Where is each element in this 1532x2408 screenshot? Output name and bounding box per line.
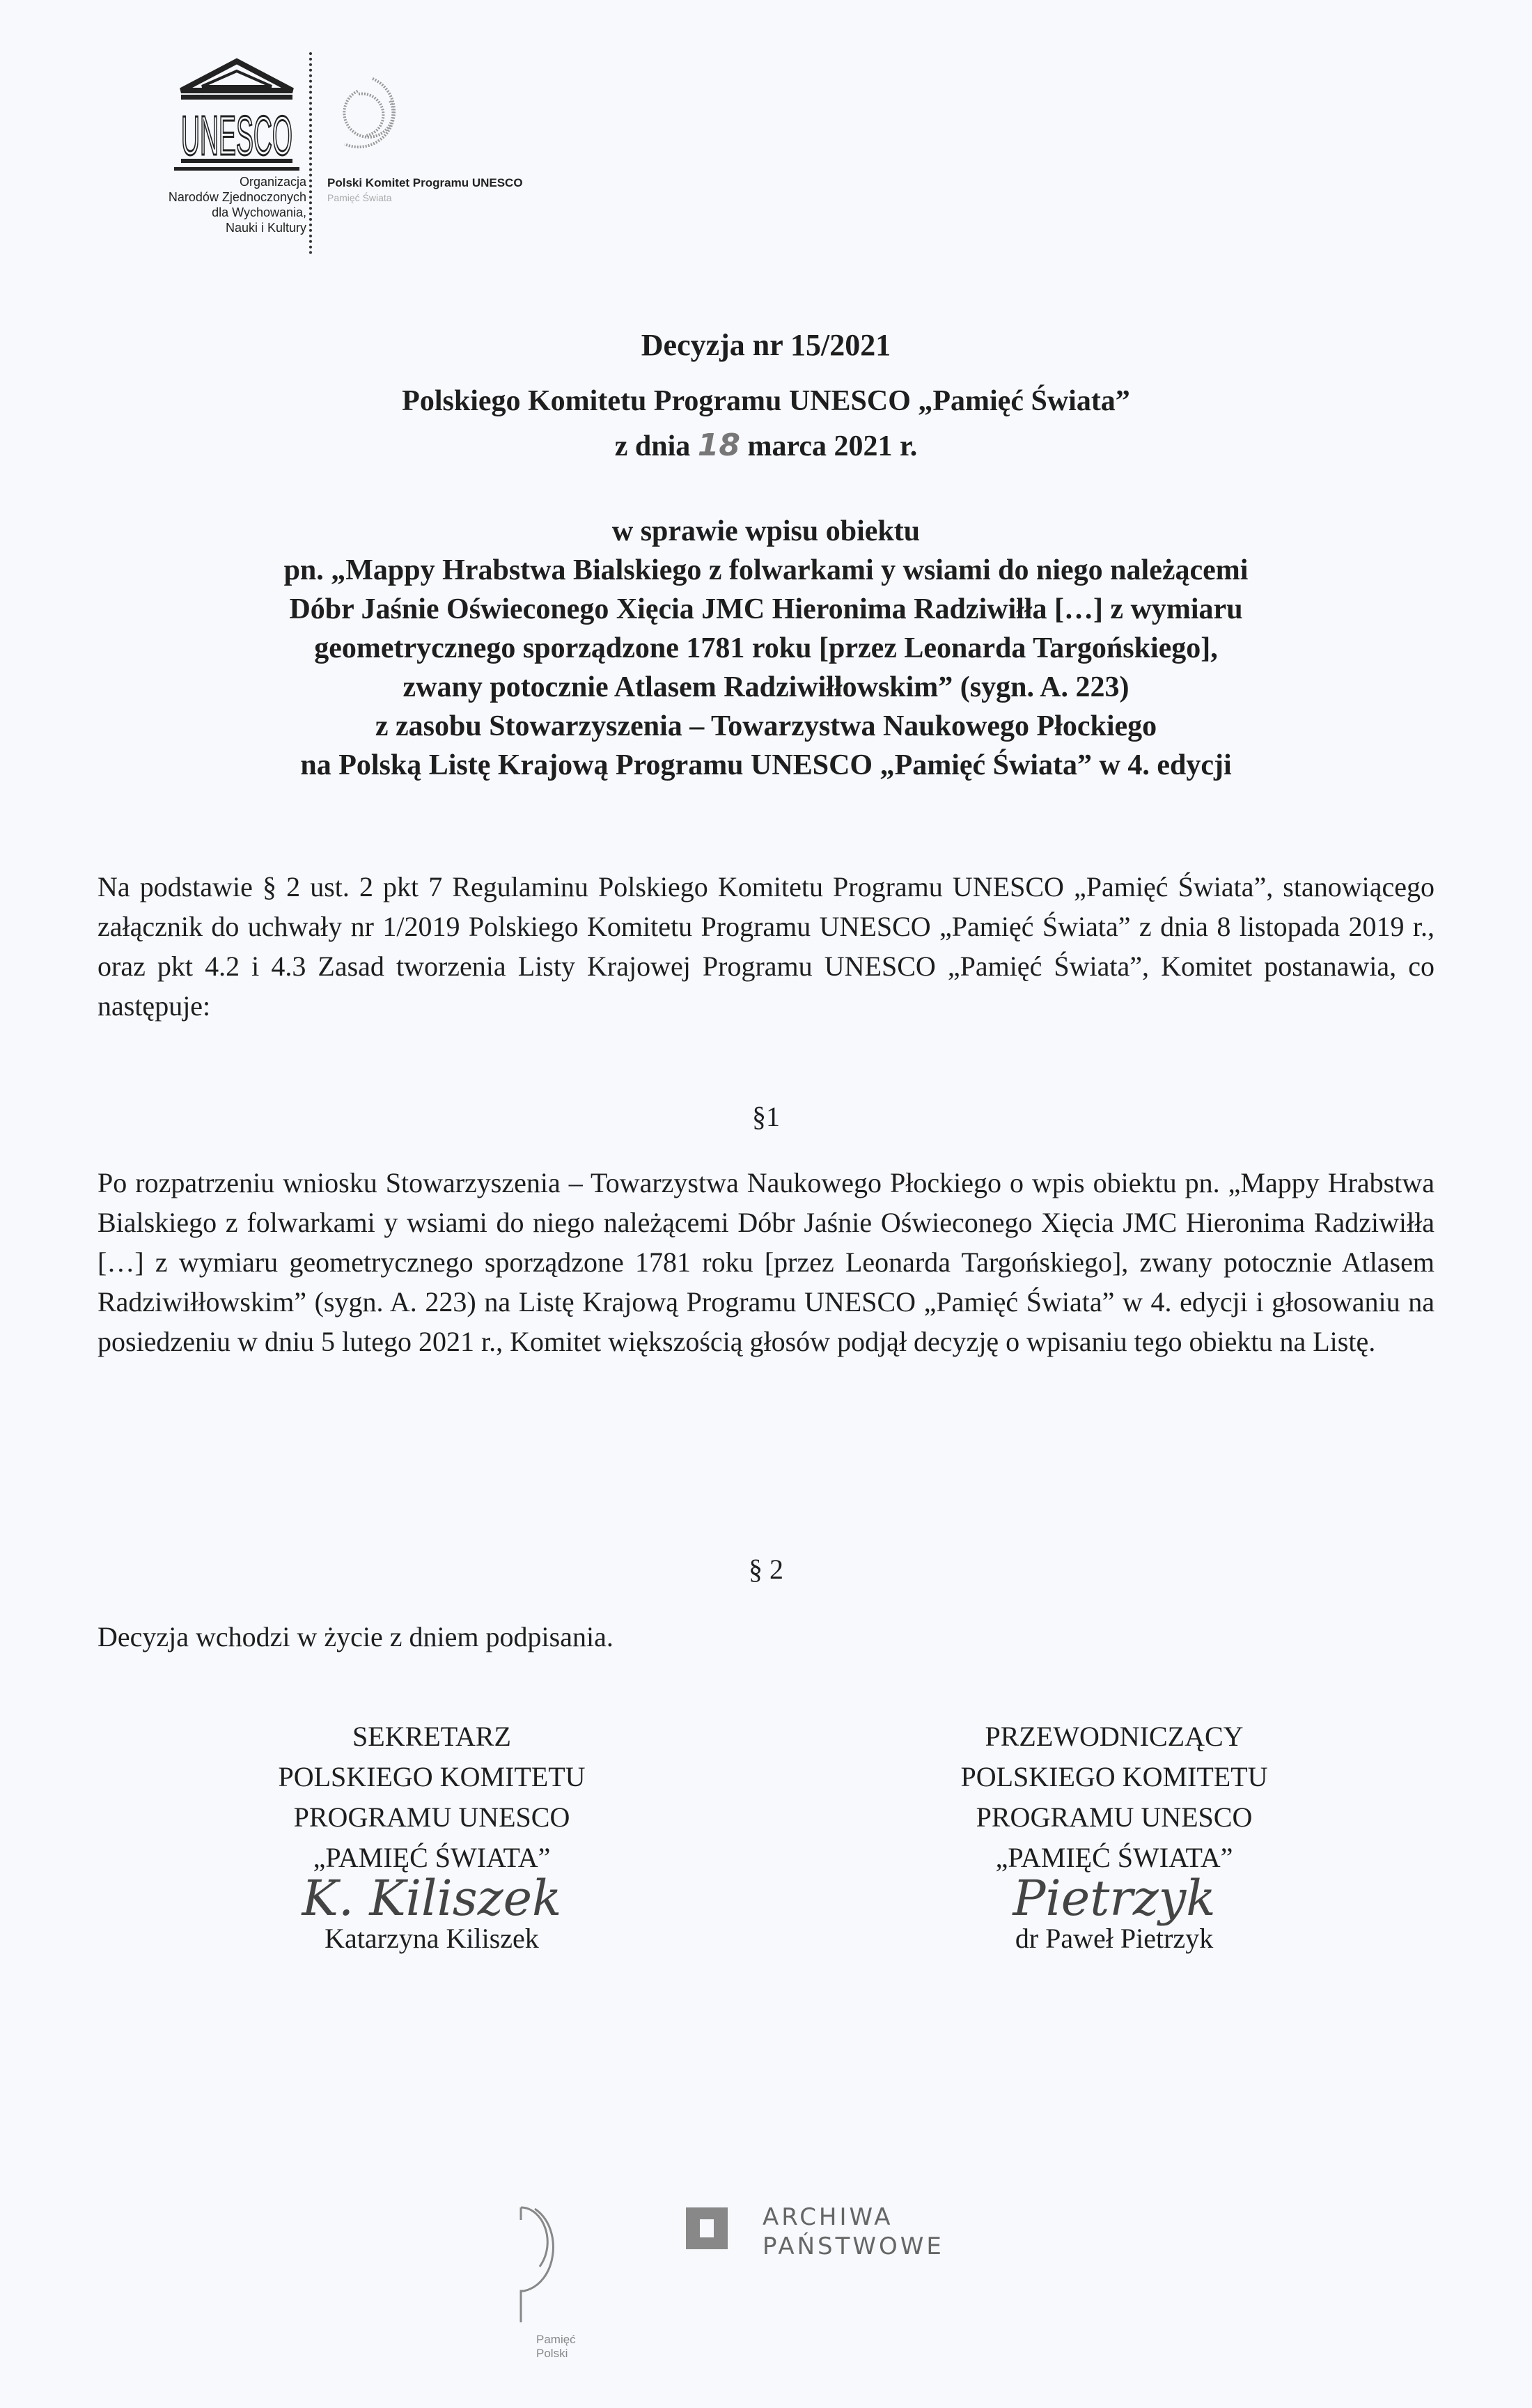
signature-secretary: K. Kiliszek (188, 1878, 675, 1918)
signature-block-secretary: SEKRETARZ POLSKIEGO KOMITETU PROGRAMU UN… (188, 1717, 675, 1959)
unesco-caption: Organizacja Narodów Zjednoczonych dla Wy… (97, 174, 306, 235)
handwritten-day: 18 (698, 428, 740, 463)
committee-subtitle: Pamięć Świata (327, 192, 392, 203)
committee-name: Polski Komitet Programu UNESCO (327, 176, 523, 190)
decision-date: z dnia 18 marca 2021 r. (0, 426, 1532, 466)
preamble-paragraph: Na podstawie § 2 ust. 2 pkt 7 Regulaminu… (97, 867, 1435, 1026)
pamiec-polski-text: Pamięć Polski (536, 2333, 576, 2361)
svg-text:UNESCO: UNESCO (181, 104, 292, 166)
archiwa-panstwowe-text: ARCHIWA PAŃSTWOWE (763, 2203, 944, 2261)
signer-name: Katarzyna Kiliszek (188, 1918, 675, 1959)
decision-title: Decyzja nr 15/2021 (0, 327, 1532, 363)
divider (309, 52, 312, 254)
pamiec-polski-logo-icon (515, 2200, 564, 2329)
section-1-text: Po rozpatrzeniu wniosku Stowarzyszenia –… (97, 1163, 1435, 1361)
decision-subtitle: Polskiego Komitetu Programu UNESCO „Pami… (0, 382, 1532, 421)
section-2-label: § 2 (0, 1553, 1532, 1586)
archiwa-logo-icon (686, 2207, 728, 2249)
signer-name: dr Paweł Pietrzyk (870, 1918, 1358, 1959)
signature-chairman: Pietrzyk (870, 1878, 1358, 1918)
unesco-temple-icon: UNESCO (167, 56, 306, 174)
memory-of-world-spiral-icon (324, 66, 414, 167)
decision-heading: w sprawie wpisu obiektu pn. „Mappy Hrabs… (0, 512, 1532, 785)
signature-block-chairman: PRZEWODNICZĄCY POLSKIEGO KOMITETU PROGRA… (870, 1717, 1358, 1959)
section-1-label: §1 (0, 1100, 1532, 1133)
unesco-logo: UNESCO (167, 56, 306, 178)
section-2-text: Decyzja wchodzi w życie z dniem podpisan… (97, 1617, 1435, 1657)
